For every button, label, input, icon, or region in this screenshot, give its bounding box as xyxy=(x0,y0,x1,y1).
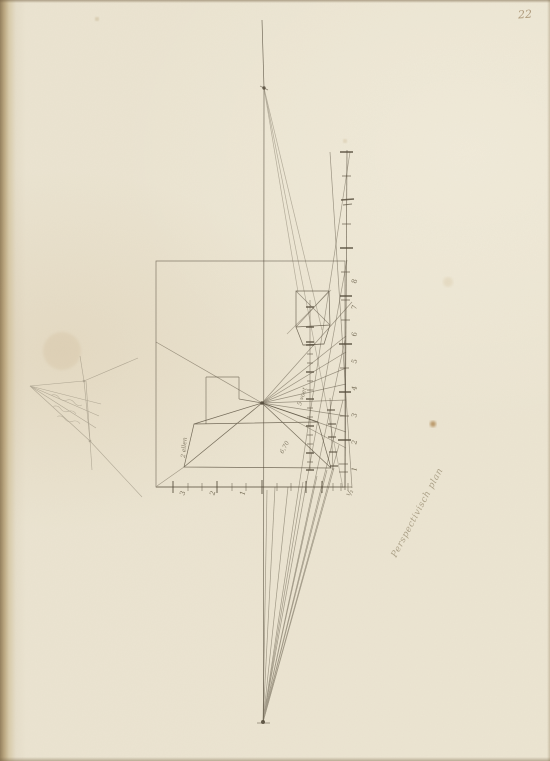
paper-grain-texture xyxy=(0,0,550,761)
perspective-construction-drawing: 1 2 3 4 5 6 7 8 ½ 3 2 1 2 ellen 5 voet 6… xyxy=(0,0,550,761)
paper-page: 22 xyxy=(0,0,550,761)
sketchbook-scan: 22 xyxy=(0,0,550,761)
